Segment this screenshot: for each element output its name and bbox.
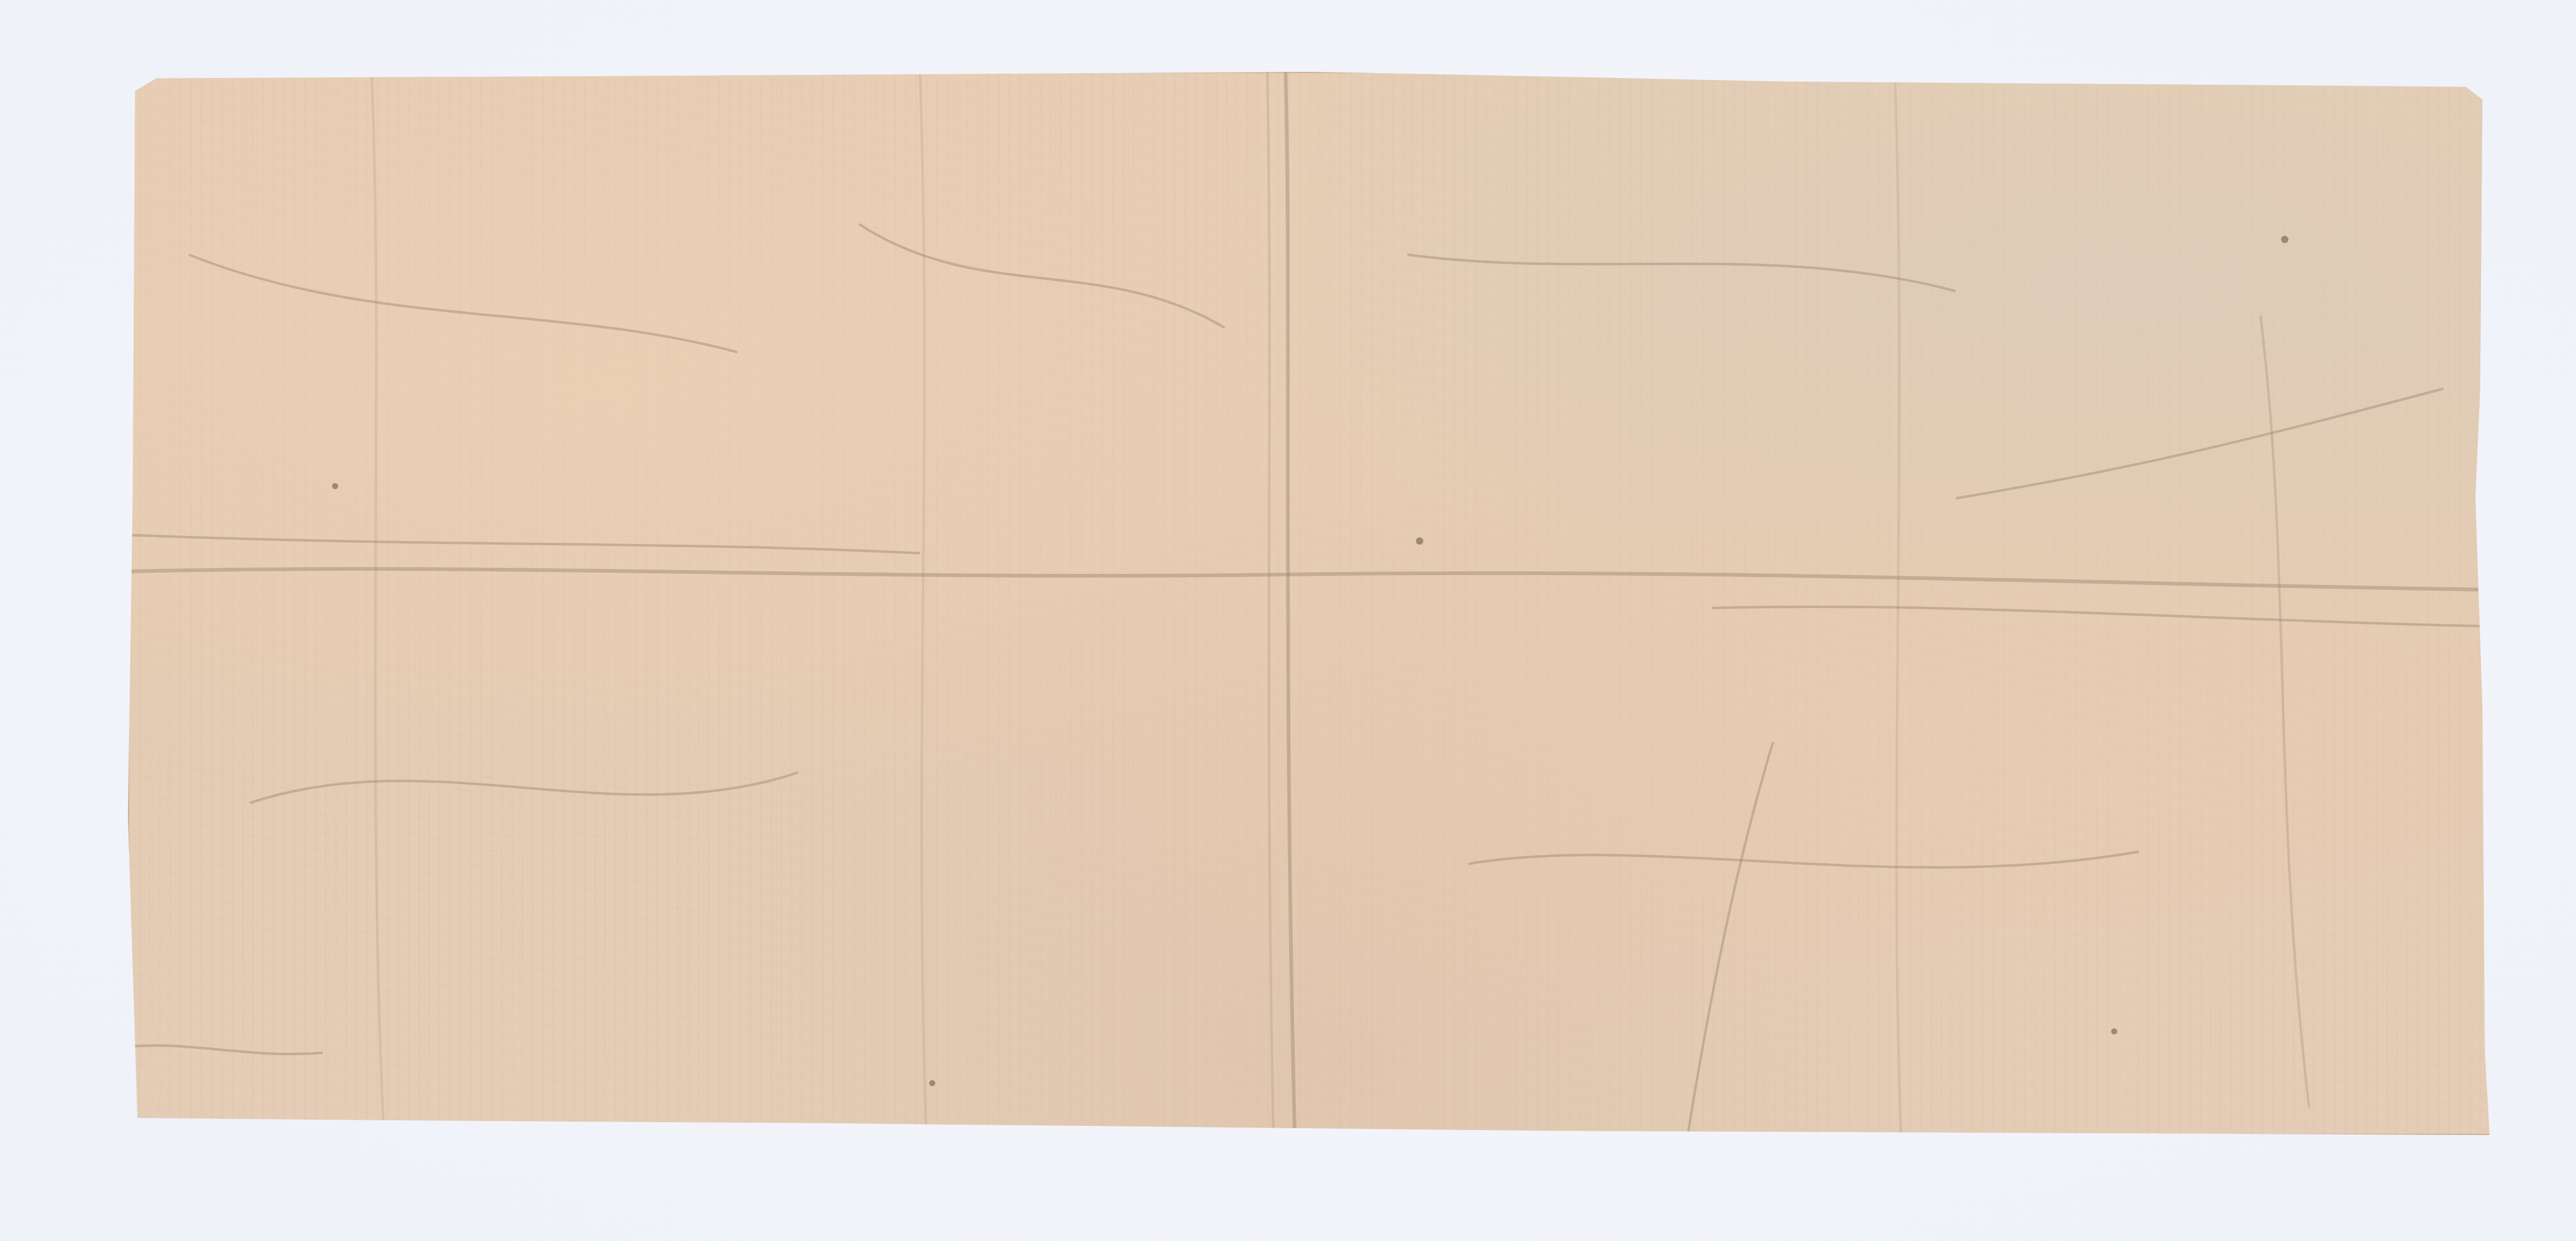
paper-note-reverse: [128, 72, 2492, 1135]
crease-lines: [128, 72, 2492, 1135]
